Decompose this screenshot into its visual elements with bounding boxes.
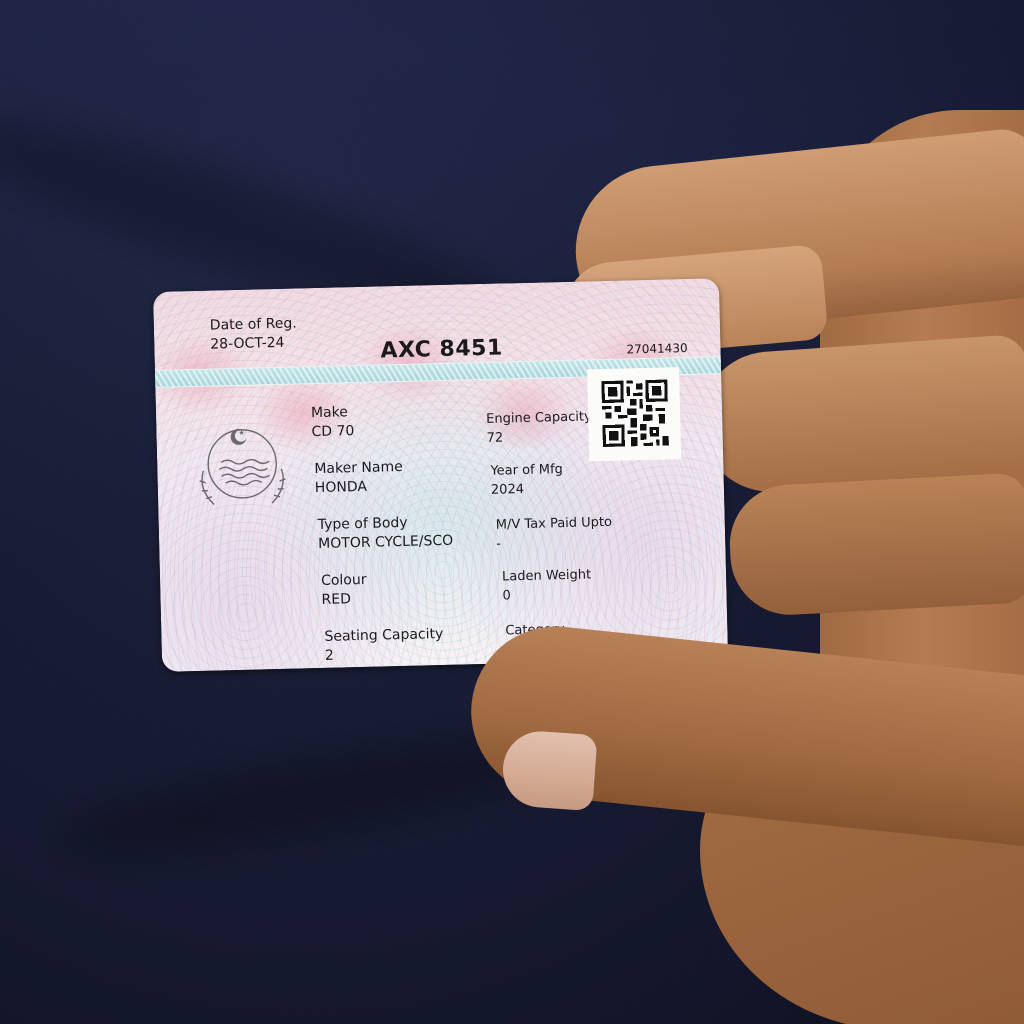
year-of-mfg-label: Year of Mfg (490, 460, 563, 481)
maker-name-field: Maker Name HONDA (314, 458, 403, 498)
tax-paid-upto-field: M/V Tax Paid Upto - (496, 513, 613, 554)
engine-capacity-field: Engine Capacity 72 (486, 407, 592, 448)
serial-number: 27041430 (626, 341, 687, 356)
registration-number: AXC 8451 (380, 335, 503, 363)
maker-name-label: Maker Name (314, 458, 403, 479)
date-of-reg-value: 28-OCT-24 (210, 333, 297, 354)
laden-weight-value: 0 (502, 584, 592, 605)
date-of-registration: Date of Reg. 28-OCT-24 (210, 315, 298, 355)
laden-weight-label: Laden Weight (502, 565, 592, 586)
make-field: Make CD 70 (311, 403, 355, 442)
tax-paid-upto-value: - (496, 532, 613, 554)
seating-capacity-value: 2 (325, 644, 444, 666)
middle-finger (696, 334, 1024, 497)
make-value: CD 70 (311, 422, 354, 442)
year-of-mfg-value: 2024 (491, 479, 564, 500)
qr-code-icon (601, 379, 669, 447)
colour-field: Colour RED (321, 571, 367, 610)
colour-value: RED (321, 590, 367, 610)
svg-text:★: ★ (238, 429, 244, 437)
type-of-body-field: Type of Body MOTOR CYCLE/SCO (318, 513, 454, 554)
seating-capacity-field: Seating Capacity 2 (324, 625, 444, 666)
tax-paid-upto-label: M/V Tax Paid Upto (496, 513, 613, 535)
maker-name-value: HONDA (315, 477, 404, 498)
colour-label: Colour (321, 571, 367, 591)
type-of-body-value: MOTOR CYCLE/SCO (318, 532, 453, 554)
year-of-mfg-field: Year of Mfg 2024 (490, 460, 563, 500)
qr-code[interactable] (587, 367, 681, 461)
engine-capacity-value: 72 (486, 426, 592, 448)
date-of-reg-label: Date of Reg. (210, 315, 297, 336)
punjab-emblem-icon: ★ (184, 418, 301, 520)
seating-capacity-label: Seating Capacity (324, 625, 443, 647)
laden-weight-field: Laden Weight 0 (502, 565, 592, 605)
make-label: Make (311, 403, 354, 423)
vehicle-registration-card: Date of Reg. 28-OCT-24 AXC 8451 27041430… (153, 278, 728, 672)
ring-finger (727, 472, 1024, 618)
engine-capacity-label: Engine Capacity (486, 407, 592, 429)
